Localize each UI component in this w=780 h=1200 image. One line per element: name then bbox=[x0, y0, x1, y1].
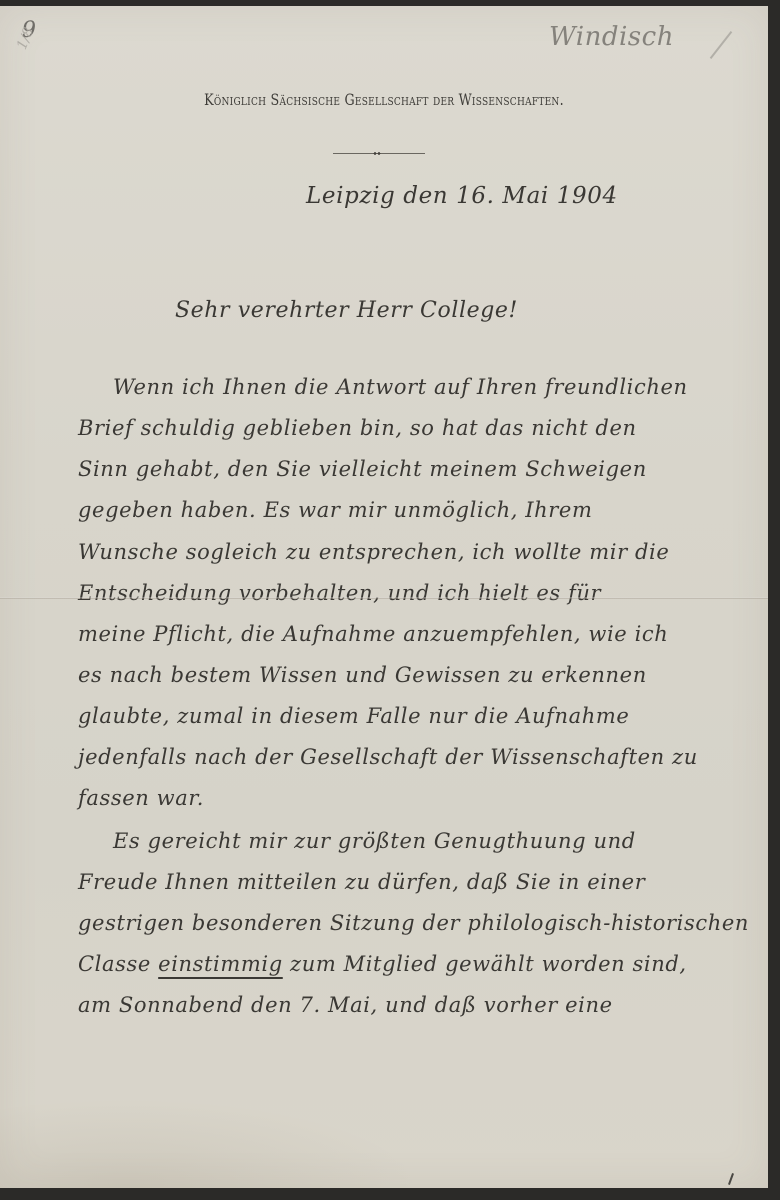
paper-fold-crease bbox=[0, 597, 768, 599]
letter-line: Classe einstimmig zum Mitglied gewählt w… bbox=[78, 952, 687, 976]
letter-line: jedenfalls nach der Gesellschaft der Wis… bbox=[78, 745, 698, 769]
scanned-document: 9 1/8 Windisch Königlich Sächsische Gese… bbox=[0, 0, 780, 1200]
letter-line: am Sonnabend den 7. Mai, und daß vorher … bbox=[78, 993, 613, 1017]
letter-line: glaubte, zumal in diesem Falle nur die A… bbox=[78, 704, 629, 728]
letter-line: Es gereicht mir zur größten Genugthuung … bbox=[113, 829, 636, 853]
letter-line: Wunsche sogleich zu entsprechen, ich wol… bbox=[78, 540, 669, 564]
letter-line: gestrigen besonderen Sitzung der philolo… bbox=[78, 911, 749, 935]
letter-line: es nach bestem Wissen und Gewissen zu er… bbox=[78, 663, 647, 687]
letter-line: Freude Ihnen mitteilen zu dürfen, daß Si… bbox=[78, 870, 645, 894]
letter-line: gegeben haben. Es war mir unmöglich, Ihr… bbox=[78, 498, 592, 522]
letter-line: Entscheidung vorbehalten, und ich hielt … bbox=[78, 581, 601, 605]
letter-line: Wenn ich Ihnen die Antwort auf Ihren fre… bbox=[113, 375, 688, 399]
place-date-line: Leipzig den 16. Mai 1904 bbox=[306, 183, 618, 209]
letter-line: meine Pflicht, die Aufnahme anzuempfehle… bbox=[78, 622, 668, 646]
salutation: Sehr verehrter Herr College! bbox=[175, 298, 518, 323]
archive-author-name: Windisch bbox=[549, 22, 674, 52]
letterhead-ornament bbox=[333, 153, 425, 154]
letter-line: Brief schuldig geblieben bin, so hat das… bbox=[78, 416, 637, 440]
page-corner-mark bbox=[728, 1173, 734, 1185]
letterhead: Königlich Sächsische Gesellschaft der Wi… bbox=[69, 91, 699, 109]
letter-line: Sinn gehabt, den Sie vielleicht meinem S… bbox=[78, 457, 647, 481]
archive-shelfmark: 1/8 bbox=[14, 25, 37, 52]
letter-page: 9 1/8 Windisch Königlich Sächsische Gese… bbox=[0, 6, 768, 1188]
letter-line-end: zum Mitglied gewählt worden sind, bbox=[283, 952, 687, 976]
underlined-word: einstimmig bbox=[158, 952, 283, 976]
letter-line: fassen war. bbox=[78, 786, 204, 810]
corner-pencil-mark bbox=[710, 31, 733, 59]
letter-line-start: Classe bbox=[78, 952, 158, 976]
